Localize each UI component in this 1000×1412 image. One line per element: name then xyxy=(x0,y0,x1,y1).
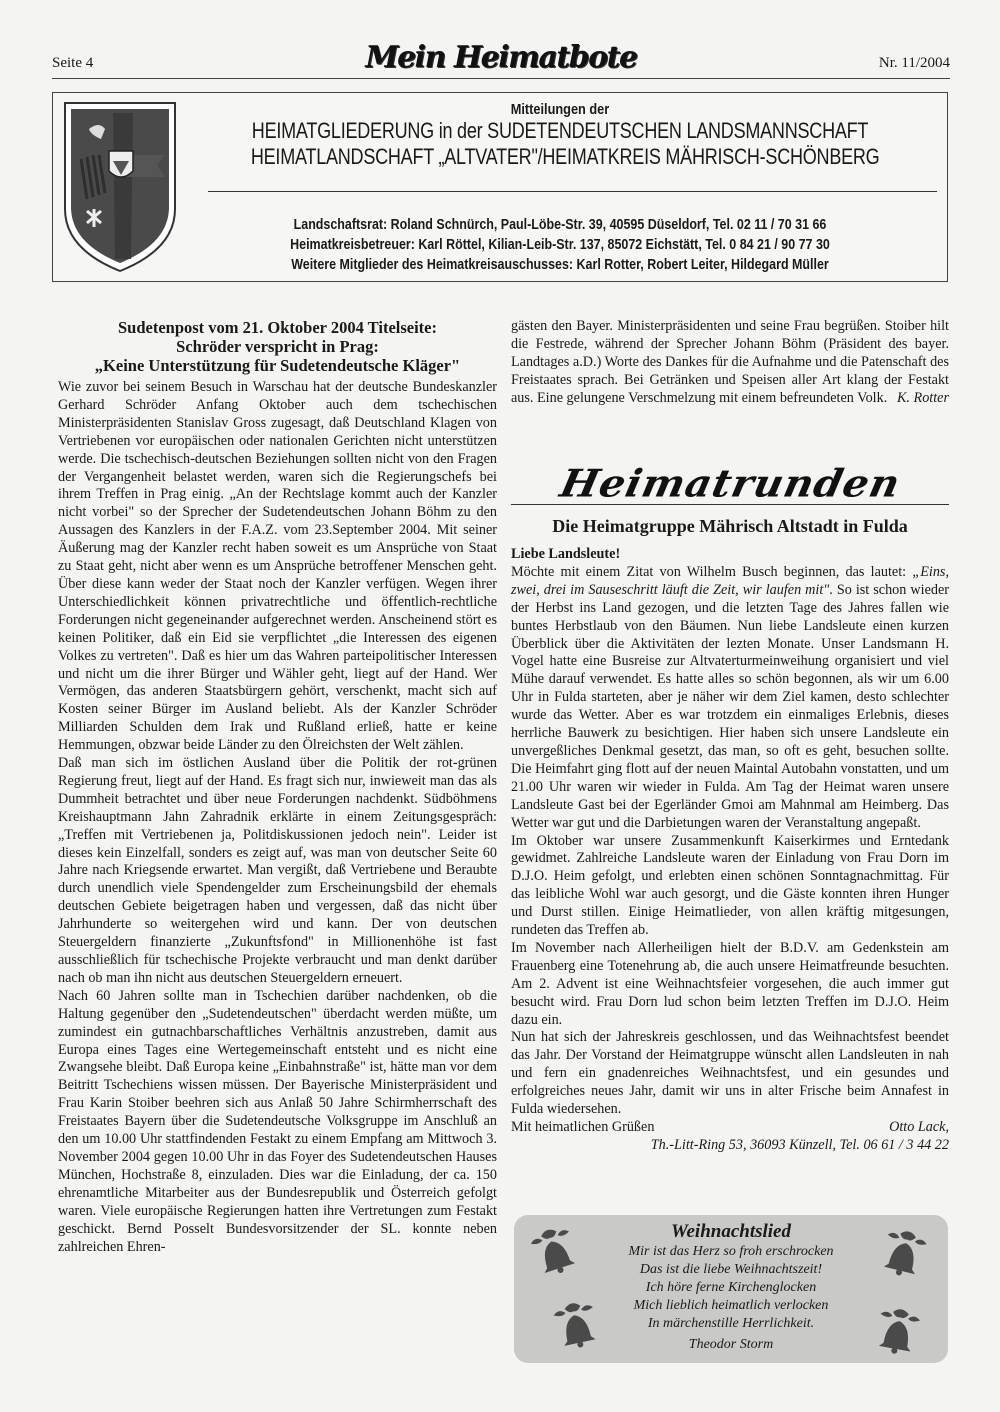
banner-subtitle: Mitteilungen der xyxy=(240,101,881,118)
article-paragraph: Wie zuvor bei seinem Besuch in Warschau … xyxy=(58,379,497,755)
article-paragraph: Nach 60 Jahren sollte man in Tschechien … xyxy=(58,988,497,1257)
article-author: K. Rotter xyxy=(897,390,949,408)
christmas-bell-icon xyxy=(878,1225,930,1279)
author-address: Th.-Litt-Ring 53, 36093 Künzell, Tel. 06… xyxy=(511,1137,949,1155)
paragraph-text: . So ist schon wieder der Herbst ins Lan… xyxy=(511,582,949,831)
article-paragraph: Nun hat sich der Jahreskreis geschlossen… xyxy=(511,1029,949,1119)
banner-divider xyxy=(208,191,937,192)
poem-author: Theodor Storm xyxy=(584,1335,878,1355)
headline-line-3: „Keine Unterstützung für Sudetendeutsche… xyxy=(58,356,497,375)
contact-members: Weitere Mitglieder des Heimatkreisauschu… xyxy=(236,255,884,275)
article-paragraph: Daß man sich im östlichen Ausland über d… xyxy=(58,755,497,988)
poem-line: Ich höre ferne Kirchenglocken xyxy=(584,1279,878,1297)
heimatrunden-article: Liebe Landsleute! Möchte mit einem Zitat… xyxy=(511,546,949,1155)
article-sudetenpost: Sudetenpost vom 21. Oktober 2004 Titelse… xyxy=(58,318,497,1256)
article-paragraph: Möchte mit einem Zitat von Wilhelm Busch… xyxy=(511,564,949,833)
headline-line-1: Sudetenpost vom 21. Oktober 2004 Titelse… xyxy=(58,318,497,337)
christmas-bell-icon xyxy=(528,1223,580,1277)
section-logo-text: Heimatrunden xyxy=(556,461,904,506)
poem-line: Mich lieblich heimatlich verlocken xyxy=(584,1297,878,1315)
masthead-logo: Mein Heimatbote xyxy=(365,40,636,75)
closing-greeting: Mit heimatlichen Grüßen xyxy=(511,1119,654,1137)
greeting: Liebe Landsleute! xyxy=(511,546,949,564)
headline-line-2: Schröder verspricht in Prag: xyxy=(58,337,497,356)
poem-box: Weihnachtslied Mir ist das Herz so froh … xyxy=(514,1215,948,1363)
poem-line: Das ist die liebe Weihnachtszeit! xyxy=(584,1261,878,1279)
coat-of-arms-icon xyxy=(61,99,179,275)
issue-number: Nr. 11/2004 xyxy=(879,55,950,72)
article-paragraph: Im Oktober war unsere Zusammenkunft Kais… xyxy=(511,833,949,940)
banner-header-text: Mitteilungen der HEIMATGLIEDERUNG in der… xyxy=(183,101,937,170)
author-name: Otto Lack, xyxy=(889,1119,949,1137)
article-headline: Sudetenpost vom 21. Oktober 2004 Titelse… xyxy=(58,318,497,375)
contact-landschaftsrat: Landschaftsrat: Roland Schnürch, Paul-Lö… xyxy=(236,215,884,235)
organization-banner: Mitteilungen der HEIMATGLIEDERUNG in der… xyxy=(52,92,948,282)
poem-title: Weihnachtslied xyxy=(584,1221,878,1243)
closing-row: Mit heimatlichen Grüßen Otto Lack, xyxy=(511,1119,949,1137)
article-paragraph: Im November nach Allerheiligen hielt der… xyxy=(511,940,949,1030)
continuation-text: gästen den Bayer. Ministerpräsidenten un… xyxy=(511,318,949,406)
christmas-bell-icon xyxy=(872,1303,924,1357)
section-title: Die Heimatgruppe Mährisch Altstadt in Fu… xyxy=(511,516,949,537)
section-logo-heimatrunden: Heimatrunden xyxy=(511,460,949,505)
banner-title-line-1: HEIMATGLIEDERUNG in der SUDETENDEUTSCHEN… xyxy=(251,118,869,144)
contact-heimatkreisbetreuer: Heimatkreisbetreuer: Karl Röttel, Kilian… xyxy=(236,235,884,255)
article-paragraph: gästen den Bayer. Ministerpräsidenten un… xyxy=(511,318,949,408)
intro-text: Möchte mit einem Zitat von Wilhelm Busch… xyxy=(511,564,906,580)
poem-line: Mir ist das Herz so froh erschrocken xyxy=(584,1243,878,1261)
page-number: Seite 4 xyxy=(52,55,93,72)
poem-text: Weihnachtslied Mir ist das Herz so froh … xyxy=(584,1221,878,1355)
article-sudetenpost-continuation: gästen den Bayer. Ministerpräsidenten un… xyxy=(511,318,949,408)
banner-title-line-2: HEIMATLANDSCHAFT „ALTVATER"/HEIMATKREIS … xyxy=(251,144,869,170)
page-header: Seite 4 Mein Heimatbote Nr. 11/2004 xyxy=(52,38,950,79)
poem-line: In märchenstille Herrlichkeit. xyxy=(584,1315,878,1333)
banner-contacts: Landschaftsrat: Roland Schnürch, Paul-Lö… xyxy=(183,215,937,275)
